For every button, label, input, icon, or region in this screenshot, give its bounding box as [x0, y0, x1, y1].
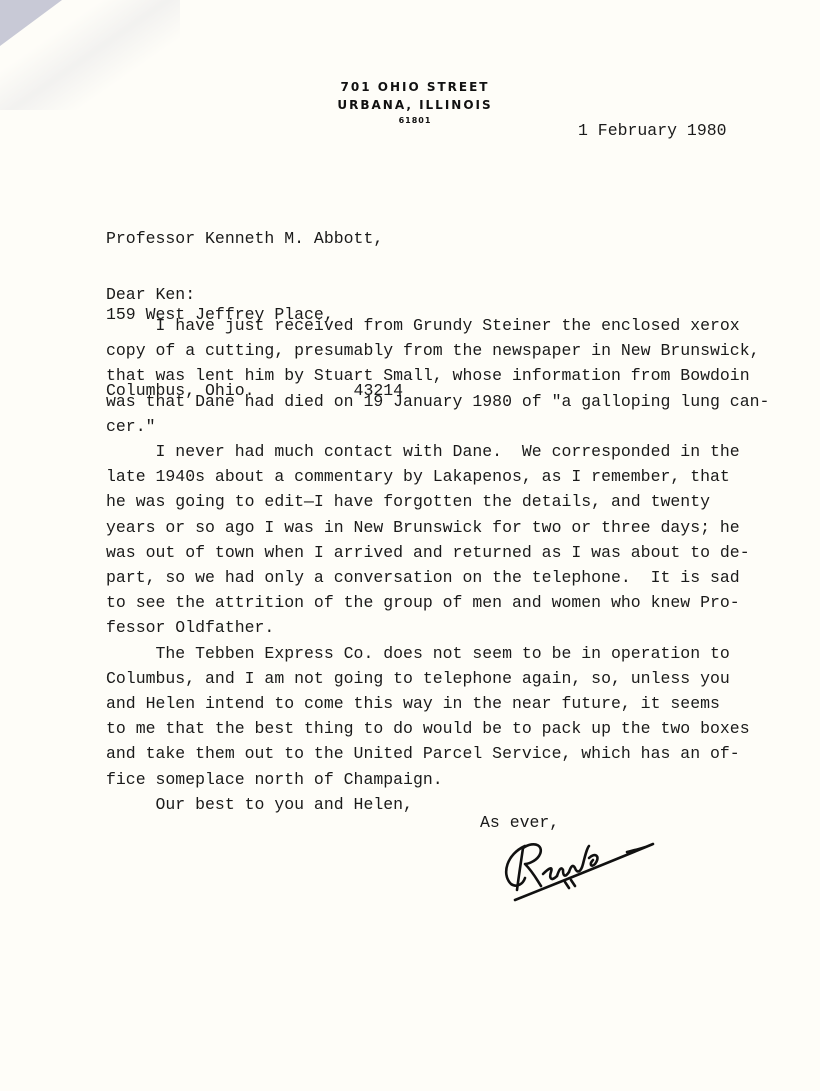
- handwritten-signature: [495, 828, 665, 908]
- body-line: was that Dane had died on 19 January 198…: [106, 389, 769, 414]
- letterhead-street: 701 OHIO STREET: [300, 78, 530, 96]
- body-line: was out of town when I arrived and retur…: [106, 540, 769, 565]
- body-line: I have just received from Grundy Steiner…: [106, 313, 769, 338]
- body-line: and take them out to the United Parcel S…: [106, 741, 769, 766]
- body-line: Our best to you and Helen,: [106, 792, 769, 817]
- letterhead-zip: 61801: [300, 114, 530, 128]
- body-line: he was going to edit—I have forgotten th…: [106, 489, 769, 514]
- body-line: years or so ago I was in New Brunswick f…: [106, 515, 769, 540]
- body-line: copy of a cutting, presumably from the n…: [106, 338, 769, 363]
- recipient-line: Professor Kenneth M. Abbott,: [106, 226, 403, 251]
- body-line: fice someplace north of Champaign.: [106, 767, 769, 792]
- letterhead-city: URBANA, ILLINOIS: [300, 96, 530, 114]
- letter-date: 1 February 1980: [578, 121, 727, 140]
- body-line: that was lent him by Stuart Small, whose…: [106, 363, 769, 388]
- body-line: late 1940s about a commentary by Lakapen…: [106, 464, 769, 489]
- body-line: to see the attrition of the group of men…: [106, 590, 769, 615]
- page-crease-shadow: [0, 0, 180, 110]
- body-line: The Tebben Express Co. does not seem to …: [106, 641, 769, 666]
- body-line: Columbus, and I am not going to telephon…: [106, 666, 769, 691]
- salutation: Dear Ken:: [106, 282, 195, 307]
- body-line: cer.": [106, 414, 769, 439]
- letter-body: I have just received from Grundy Steiner…: [106, 313, 769, 817]
- body-line: to me that the best thing to do would be…: [106, 716, 769, 741]
- body-line: I never had much contact with Dane. We c…: [106, 439, 769, 464]
- body-line: fessor Oldfather.: [106, 615, 769, 640]
- body-line: and Helen intend to come this way in the…: [106, 691, 769, 716]
- body-line: part, so we had only a conversation on t…: [106, 565, 769, 590]
- letterhead: 701 OHIO STREET URBANA, ILLINOIS 61801: [300, 78, 530, 128]
